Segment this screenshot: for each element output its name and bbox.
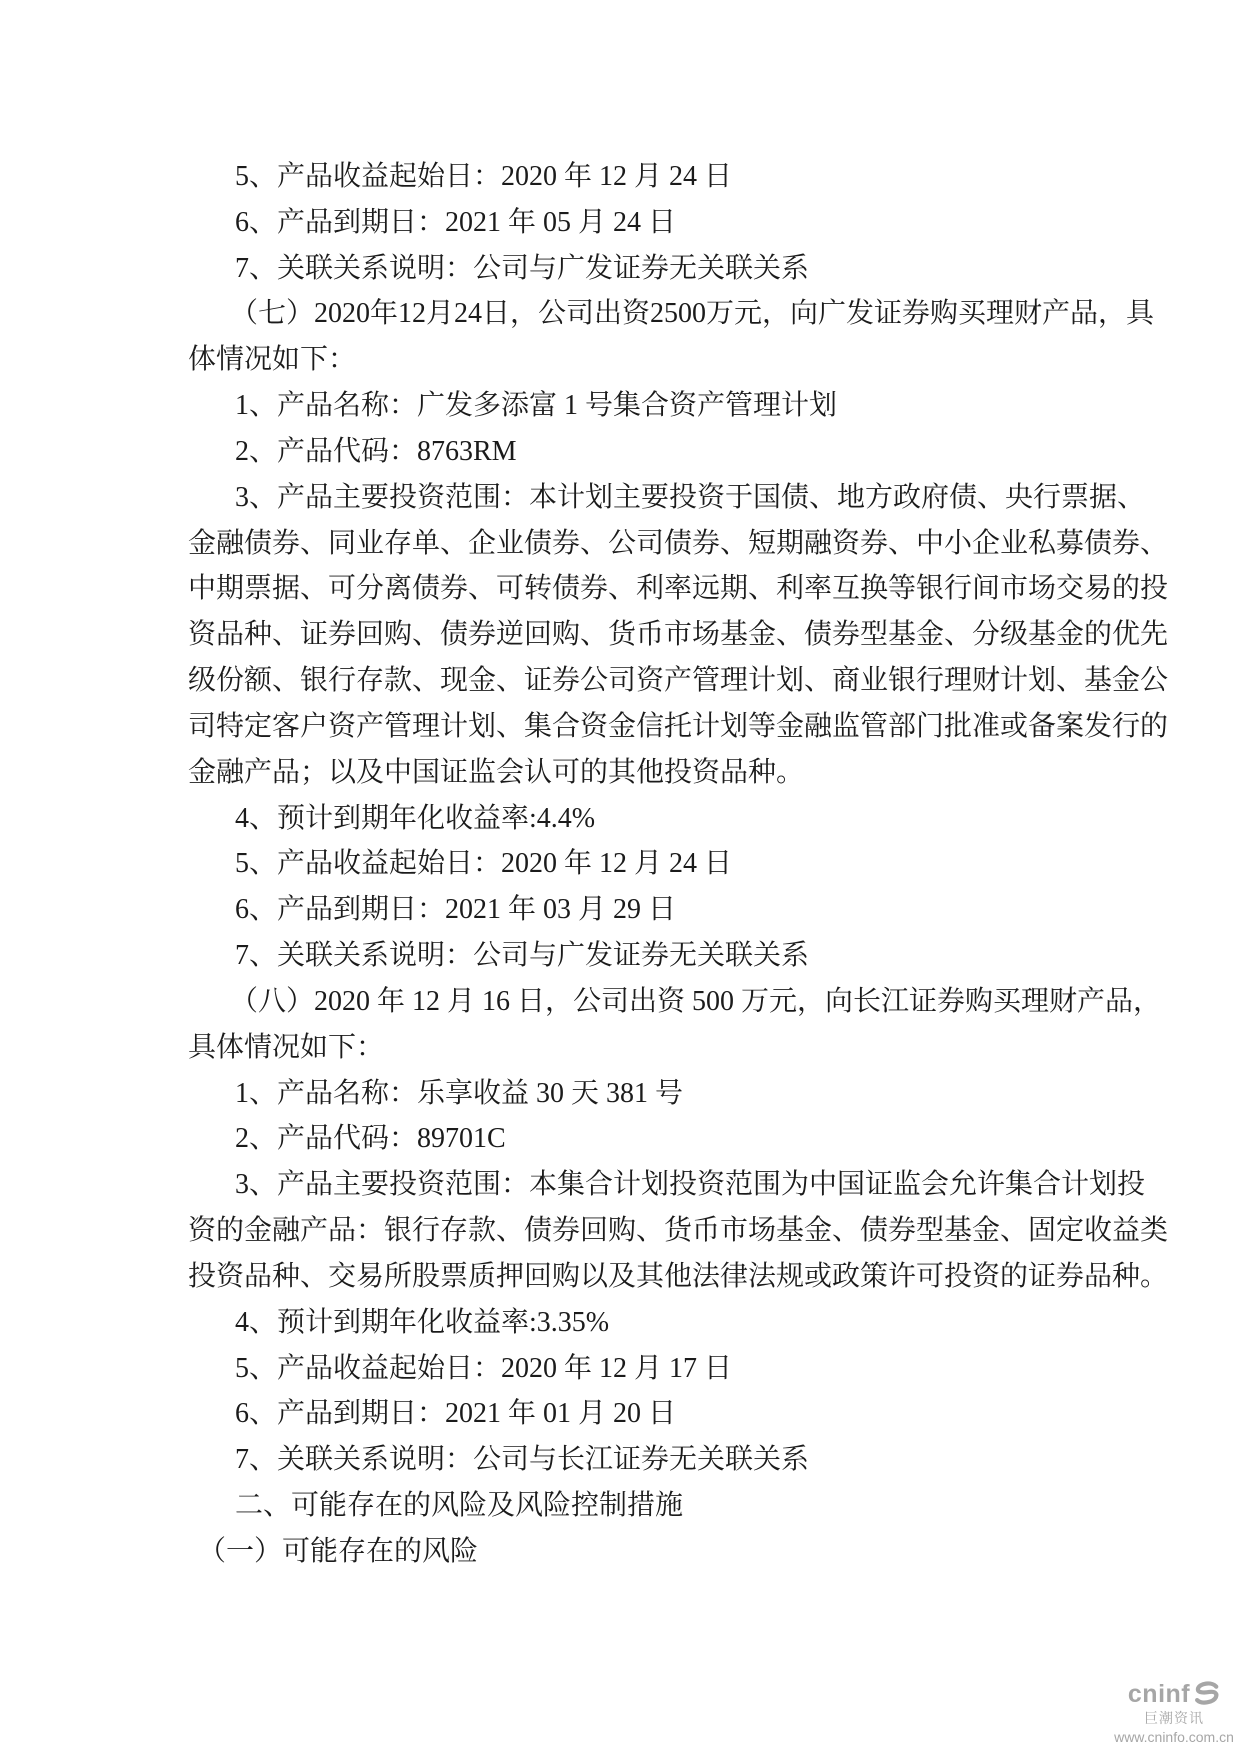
text-line: （八）2020 年 12 月 16 日，公司出资 500 万元，向长江证券购买理… [188, 979, 1054, 1025]
text-line: 7、关联关系说明：公司与广发证券无关联关系 [188, 246, 1054, 292]
document-page: 5、产品收益起始日：2020 年 12 月 24 日6、产品到期日：2021 年… [0, 0, 1240, 1754]
text-line: 1、产品名称：乐享收益 30 天 381 号 [188, 1071, 1054, 1117]
text-line: 7、关联关系说明：公司与广发证券无关联关系 [188, 933, 1054, 979]
text-line: 资品种、证券回购、债券逆回购、货币市场基金、债券型基金、分级基金的优先 [188, 612, 1054, 658]
text-line: 6、产品到期日：2021 年 05 月 24 日 [188, 200, 1054, 246]
text-line: 二、可能存在的风险及风险控制措施 [188, 1483, 1054, 1529]
text-line: 金融债券、同业存单、企业债券、公司债券、短期融资券、中小企业私募债券、 [188, 521, 1054, 567]
cninfo-brand-text: cninf [1128, 1680, 1190, 1709]
text-line: 司特定客户资产管理计划、集合资金信托计划等金融监管部门批准或备案发行的 [188, 704, 1054, 750]
text-line: 中期票据、可分离债券、可转债券、利率远期、利率互换等银行间市场交易的投 [188, 566, 1054, 612]
text-line: 级份额、银行存款、现金、证券公司资产管理计划、商业银行理财计划、基金公 [188, 658, 1054, 704]
cninfo-chinese-name: 巨潮资讯 [1144, 1708, 1204, 1728]
text-line: 5、产品收益起始日：2020 年 12 月 17 日 [188, 1346, 1054, 1392]
cninfo-watermark: cninf 巨潮资讯 www.cninfo.com.cn [1114, 1681, 1234, 1745]
text-line: 2、产品代码：8763RM [188, 429, 1054, 475]
document-body: 5、产品收益起始日：2020 年 12 月 24 日6、产品到期日：2021 年… [188, 154, 1054, 1575]
text-line: 7、关联关系说明：公司与长江证券无关联关系 [188, 1437, 1054, 1483]
text-line: 4、预计到期年化收益率:4.4% [188, 796, 1054, 842]
cninfo-swoosh-icon [1193, 1681, 1220, 1707]
cninfo-logo-row: cninf [1128, 1681, 1220, 1707]
text-line: （七）2020年12月24日，公司出资2500万元，向广发证券购买理财产品，具 [188, 291, 1054, 337]
text-line: 4、预计到期年化收益率:3.35% [188, 1300, 1054, 1346]
text-line: （一）可能存在的风险 [188, 1529, 1054, 1575]
text-line: 具体情况如下： [188, 1025, 1054, 1071]
text-line: 体情况如下： [188, 337, 1054, 383]
text-line: 1、产品名称：广发多添富 1 号集合资产管理计划 [188, 383, 1054, 429]
cninfo-url-text: www.cninfo.com.cn [1114, 1729, 1234, 1745]
text-line: 资的金融产品：银行存款、债券回购、货币市场基金、债券型基金、固定收益类 [188, 1208, 1054, 1254]
text-line: 5、产品收益起始日：2020 年 12 月 24 日 [188, 154, 1054, 200]
text-line: 5、产品收益起始日：2020 年 12 月 24 日 [188, 841, 1054, 887]
text-line: 3、产品主要投资范围：本集合计划投资范围为中国证监会允许集合计划投 [188, 1162, 1054, 1208]
text-line: 2、产品代码：89701C [188, 1116, 1054, 1162]
text-line: 金融产品；以及中国证监会认可的其他投资品种。 [188, 750, 1054, 796]
text-line: 6、产品到期日：2021 年 03 月 29 日 [188, 887, 1054, 933]
text-line: 6、产品到期日：2021 年 01 月 20 日 [188, 1391, 1054, 1437]
text-line: 3、产品主要投资范围：本计划主要投资于国债、地方政府债、央行票据、 [188, 475, 1054, 521]
text-line: 投资品种、交易所股票质押回购以及其他法律法规或政策许可投资的证券品种。 [188, 1254, 1054, 1300]
